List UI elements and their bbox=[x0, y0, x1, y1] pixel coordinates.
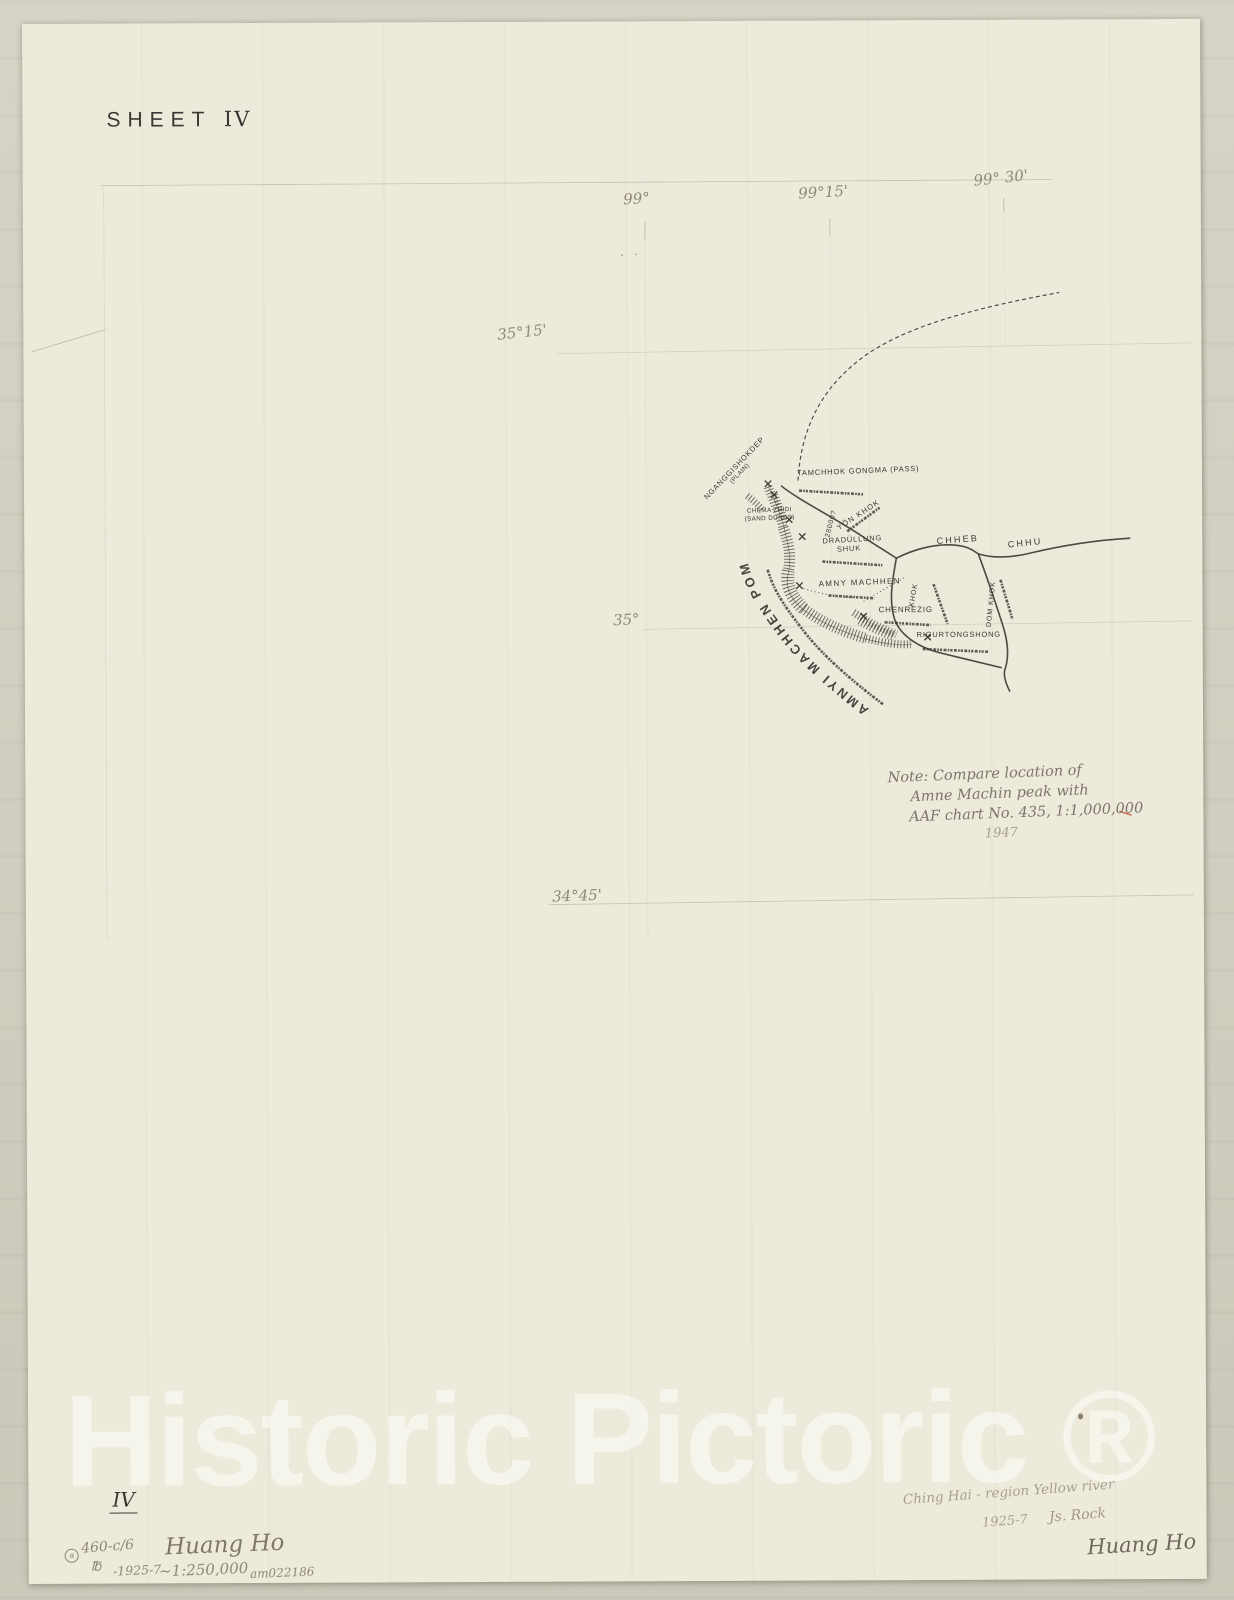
scan-background: { "sheet": { "title_word": "SHEET", "tit… bbox=[0, 0, 1234, 1600]
circled-mark: a bbox=[65, 1549, 79, 1563]
dunes-label: CHEMA ZHIDI (SAND DUNES) bbox=[744, 506, 795, 523]
footer-sheet-numeral: IV bbox=[109, 1488, 137, 1514]
paper-speck bbox=[621, 254, 623, 256]
paper-speck bbox=[1078, 1413, 1083, 1419]
paper-speck bbox=[635, 253, 637, 255]
dradullung-label: DRADÜLLUNG SHUK bbox=[822, 533, 883, 554]
huang-ho-left: Huang Ho bbox=[165, 1530, 285, 1561]
scale-note: ~1:250,000 bbox=[159, 1559, 249, 1580]
id-code: am022186 bbox=[250, 1564, 315, 1581]
year-note-left: -1925-7 bbox=[113, 1562, 162, 1579]
lat-label-34-45: 34°45' bbox=[552, 886, 602, 906]
range-name-curved: AMNYI MACHHEN POMRA bbox=[0, 0, 871, 722]
range-name-label: AMNYI MACHHEN POMRA bbox=[0, 0, 871, 722]
lb-mark: ℔ bbox=[91, 1560, 102, 1575]
lat-label-35: 35° bbox=[613, 610, 641, 629]
tibetan-script-marks bbox=[767, 490, 1013, 705]
svg-text:AMNYI MACHHEN POMRA: AMNYI MACHHEN POMRA bbox=[0, 0, 871, 722]
rigurtongshong-label: RIGURTONGSHONG bbox=[917, 630, 1001, 639]
map-sheet-paper: Historic Pictoric ® SHEET IV bbox=[22, 19, 1207, 1584]
map-sheet-content: Historic Pictoric ® SHEET IV bbox=[0, 0, 1234, 1600]
lon-label-99-15: 99°15' bbox=[798, 182, 849, 203]
compare-note: Note: Compare location of Amne Machin pe… bbox=[887, 758, 1144, 848]
lon-label-99: 99° bbox=[623, 189, 651, 208]
dashed-route bbox=[797, 292, 1060, 480]
chenrezig-label: CHENREZIG bbox=[879, 605, 933, 615]
